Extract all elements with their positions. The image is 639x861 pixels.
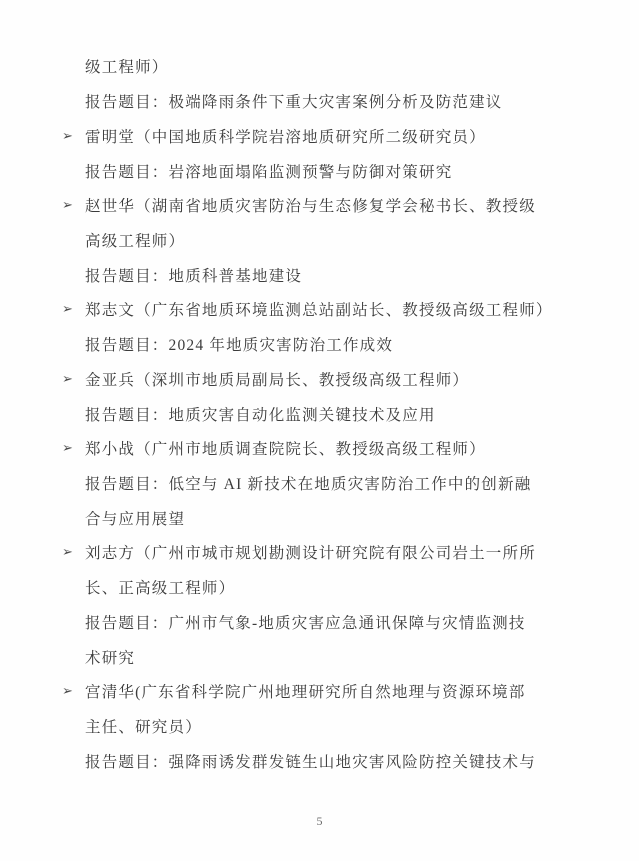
arrow-bullet-icon: ➢ [62, 683, 85, 699]
line-text: 报告题目：极端降雨条件下重大灾害案例分析及防范建议 [85, 90, 503, 112]
arrow-bullet-icon: ➢ [62, 440, 85, 456]
line-text: 宫清华(广东省科学院广州地理研究所自然地理与资源环境部 [85, 680, 526, 702]
arrow-bullet-icon: ➢ [62, 544, 85, 560]
speaker-item-line: ➢赵世华（湖南省地质灾害防治与生态修复学会秘书长、教授级 [0, 188, 639, 223]
line-text: 郑小战（广州市地质调查院院长、教授级高级工程师） [85, 437, 486, 459]
line-text: 报告题目：低空与 AI 新技术在地质灾害防治工作中的创新融 [85, 472, 531, 494]
line-text: 金亚兵（深圳市地质局副局长、教授级高级工程师） [85, 368, 469, 390]
continuation-line: 主任、研究员） [0, 709, 639, 744]
line-text: 赵世华（湖南省地质灾害防治与生态修复学会秘书长、教授级 [85, 194, 536, 216]
report-title-line: 报告题目：地质科普基地建设 [0, 257, 639, 292]
line-text: 刘志方（广州市城市规划勘测设计研究院有限公司岩土一所所 [85, 541, 536, 563]
speaker-item-line: ➢郑小战（广州市地质调查院院长、教授级高级工程师） [0, 431, 639, 466]
report-title-line: 报告题目：地质灾害自动化监测关键技术及应用 [0, 396, 639, 431]
line-text: 术研究 [85, 646, 135, 668]
page-number: 5 [0, 814, 639, 829]
line-text: 报告题目：岩溶地面塌陷监测预警与防御对策研究 [85, 160, 452, 182]
line-text: 长、正高级工程师） [85, 576, 235, 598]
line-text: 主任、研究员） [85, 715, 202, 737]
content-area: 级工程师） 报告题目：极端降雨条件下重大灾害案例分析及防范建议 ➢雷明堂（中国地… [0, 0, 639, 778]
line-text: 高级工程师） [85, 229, 185, 251]
report-title-line: 报告题目：强降雨诱发群发链生山地灾害风险防控关键技术与 [0, 743, 639, 778]
speaker-item-line: ➢金亚兵（深圳市地质局副局长、教授级高级工程师） [0, 361, 639, 396]
line-text: 报告题目：2024 年地质灾害防治工作成效 [85, 333, 393, 355]
continuation-line: 高级工程师） [0, 223, 639, 258]
document-page: 级工程师） 报告题目：极端降雨条件下重大灾害案例分析及防范建议 ➢雷明堂（中国地… [0, 0, 639, 861]
line-text: 雷明堂（中国地质科学院岩溶地质研究所二级研究员） [85, 125, 486, 147]
line-text: 报告题目：地质科普基地建设 [85, 264, 302, 286]
arrow-bullet-icon: ➢ [62, 301, 85, 317]
arrow-bullet-icon: ➢ [62, 197, 85, 213]
report-title-line: 报告题目：岩溶地面塌陷监测预警与防御对策研究 [0, 153, 639, 188]
report-title-line: 报告题目：极端降雨条件下重大灾害案例分析及防范建议 [0, 84, 639, 119]
line-text: 报告题目：广州市气象-地质灾害应急通讯保障与灾情监测技 [85, 611, 526, 633]
arrow-bullet-icon: ➢ [62, 371, 85, 387]
continuation-line: 长、正高级工程师） [0, 570, 639, 605]
report-title-line: 报告题目：2024 年地质灾害防治工作成效 [0, 327, 639, 362]
speaker-item-line: ➢宫清华(广东省科学院广州地理研究所自然地理与资源环境部 [0, 674, 639, 709]
continuation-line: 术研究 [0, 639, 639, 674]
report-title-line: 报告题目：低空与 AI 新技术在地质灾害防治工作中的创新融 [0, 466, 639, 501]
line-text: 报告题目：地质灾害自动化监测关键技术及应用 [85, 403, 436, 425]
report-title-line: 报告题目：广州市气象-地质灾害应急通讯保障与灾情监测技 [0, 605, 639, 640]
speaker-item-line: ➢郑志文（广东省地质环境监测总站副站长、教授级高级工程师） [0, 292, 639, 327]
line-text: 报告题目：强降雨诱发群发链生山地灾害风险防控关键技术与 [85, 750, 536, 772]
line-text: 合与应用展望 [85, 507, 185, 529]
line-text: 郑志文（广东省地质环境监测总站副站长、教授级高级工程师） [85, 298, 553, 320]
line-text: 级工程师） [85, 55, 169, 77]
continuation-line: 级工程师） [0, 49, 639, 84]
speaker-item-line: ➢刘志方（广州市城市规划勘测设计研究院有限公司岩土一所所 [0, 535, 639, 570]
speaker-item-line: ➢雷明堂（中国地质科学院岩溶地质研究所二级研究员） [0, 118, 639, 153]
continuation-line: 合与应用展望 [0, 500, 639, 535]
arrow-bullet-icon: ➢ [62, 128, 85, 144]
